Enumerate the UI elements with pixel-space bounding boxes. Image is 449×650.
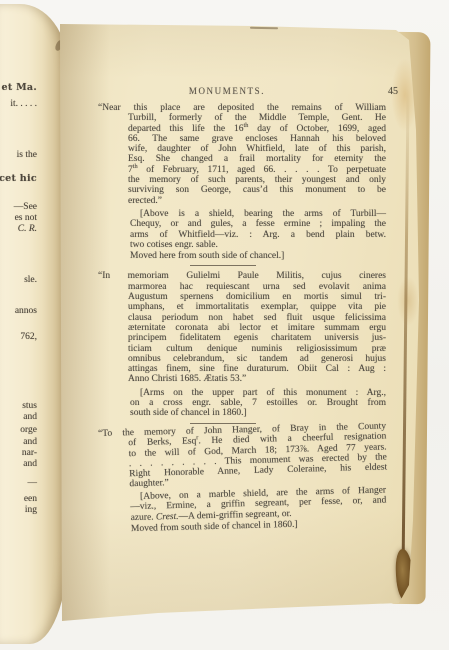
- left-page-text-fragment: et Ma.: [1, 83, 37, 93]
- left-page-text-fragment: een: [24, 494, 37, 504]
- text-line: arms of Whitfield—viz. : Arg. a bend pla…: [98, 230, 386, 240]
- text-line: omnibus celebrandum, sic tandem ad gener…: [98, 354, 386, 364]
- book-photo: et Ma.it. . . . .is thecet hic—Seees not…: [0, 0, 449, 650]
- left-page-text-fragment: is the: [17, 150, 37, 160]
- left-page-text-fragment: cet hic: [0, 174, 37, 184]
- text-line: attingas finem, sine fine duraturum. Obi…: [98, 364, 386, 374]
- text-line: ticiam cultum denique numinis religiosis…: [98, 344, 386, 354]
- text-line: “Near this place are deposited the remai…: [98, 103, 386, 113]
- left-page-text-fragment: nar-: [22, 448, 37, 458]
- left-page-text-fragment: ing: [25, 505, 37, 515]
- left-page-text-fragment: 762,: [20, 332, 37, 342]
- text-line: “In memoriam Gulielmi Paule Militis, cuj…: [98, 271, 386, 281]
- left-page: et Ma.it. . . . .is thecet hic—Seees not…: [0, 4, 68, 644]
- text-line: marmorea hac requiescant urna sed evolav…: [98, 282, 386, 292]
- inscription-paragraph: “To the memory of John Hanger, of Bray i…: [98, 421, 388, 490]
- left-page-text-fragments: et Ma.it. . . . .is thecet hic—Seees not…: [0, 4, 40, 644]
- moved-from-line: Moved here from south side of chancel.]: [98, 251, 386, 261]
- editor-note-paragraph: [Above is a shield, bearing the arms of …: [98, 209, 386, 261]
- text-line: the memory of such parents, their younge…: [98, 175, 386, 185]
- section-divider-rule: [190, 423, 256, 424]
- left-page-text-fragment: and: [23, 459, 37, 469]
- text-line: clausa periodum non habet sed fluit usqu…: [98, 313, 386, 323]
- left-page-text-fragment: —See: [14, 202, 37, 212]
- left-page-text-fragment: and: [23, 412, 37, 422]
- left-page-text-fragment: C. R.: [18, 224, 37, 234]
- inscription-paragraph: “In memoriam Gulielmi Paule Militis, cuj…: [98, 271, 386, 384]
- left-page-text-fragment: sle.: [24, 275, 37, 285]
- text-line: surviving son George, caus’d this monume…: [98, 185, 386, 195]
- text-line: [Above is a shield, bearing the arms of …: [98, 209, 386, 219]
- text-line: Anno Christi 1685. Ætatis 53.”: [98, 374, 386, 384]
- left-page-text-fragment: and: [23, 437, 37, 447]
- screenshot-root: { "header": { "title": "MONUMENTS.", "pa…: [0, 0, 449, 650]
- section-divider-rule: [190, 265, 256, 266]
- text-line: 66. The same grave encloses Hannah his b…: [98, 134, 386, 144]
- left-page-text-fragment: stus: [22, 401, 37, 411]
- page-header: MONUMENTS. 45: [98, 86, 398, 100]
- foxing-stain: [397, 276, 419, 326]
- text-column: “Near this place are deposited the remai…: [98, 103, 386, 539]
- text-line: erected.”: [98, 196, 386, 206]
- text-line: [Arms on the upper part of this monument…: [98, 388, 386, 398]
- left-page-text-fragment: es not: [15, 213, 37, 223]
- text-line: wife, daughter of John Whitfield, late o…: [98, 144, 386, 154]
- running-header: MONUMENTS.: [98, 86, 356, 96]
- text-line: two cotises engr. sable.: [98, 240, 386, 250]
- text-line: south side of chancel in 1860.]: [98, 408, 386, 418]
- text-line: Esq. She changed a frail mortality for e…: [98, 154, 386, 164]
- left-page-text-fragment: orge: [20, 425, 37, 435]
- text-line: æternitate coronata abi lector et imitar…: [98, 323, 386, 333]
- editor-note-paragraph: [Above, on a marble shield, are the arms…: [98, 486, 387, 536]
- left-page-text-fragment: annos: [15, 306, 37, 316]
- page-number: 45: [388, 86, 398, 97]
- text-line: Augustum spernens domicilium en mortis s…: [98, 292, 386, 302]
- text-line: departed this life the 16th day of Octob…: [98, 124, 386, 134]
- text-line: Turbill, formerly of the Middle Temple, …: [98, 113, 386, 123]
- text-line: 7th of February, 1711, aged 66. . . . . …: [98, 165, 386, 175]
- inscription-paragraph: “Near this place are deposited the remai…: [98, 103, 386, 206]
- left-page-text-fragment: —: [28, 478, 38, 488]
- text-line: Chequy, or and gules, a fesse ermine ; i…: [98, 219, 386, 229]
- text-line: on a cross engr. sable, 7 estoilles or. …: [98, 398, 386, 408]
- text-line: umphans, et immortalitatis exemplar, qui…: [98, 302, 386, 312]
- left-page-text-fragment: it. . . . .: [10, 99, 37, 109]
- right-page: MONUMENTS. 45 “Near this place are depos…: [0, 0, 449, 650]
- text-line: principem fidelitatem egenis charitatem …: [98, 333, 386, 343]
- editor-note-paragraph: [Arms on the upper part of this monument…: [98, 388, 386, 419]
